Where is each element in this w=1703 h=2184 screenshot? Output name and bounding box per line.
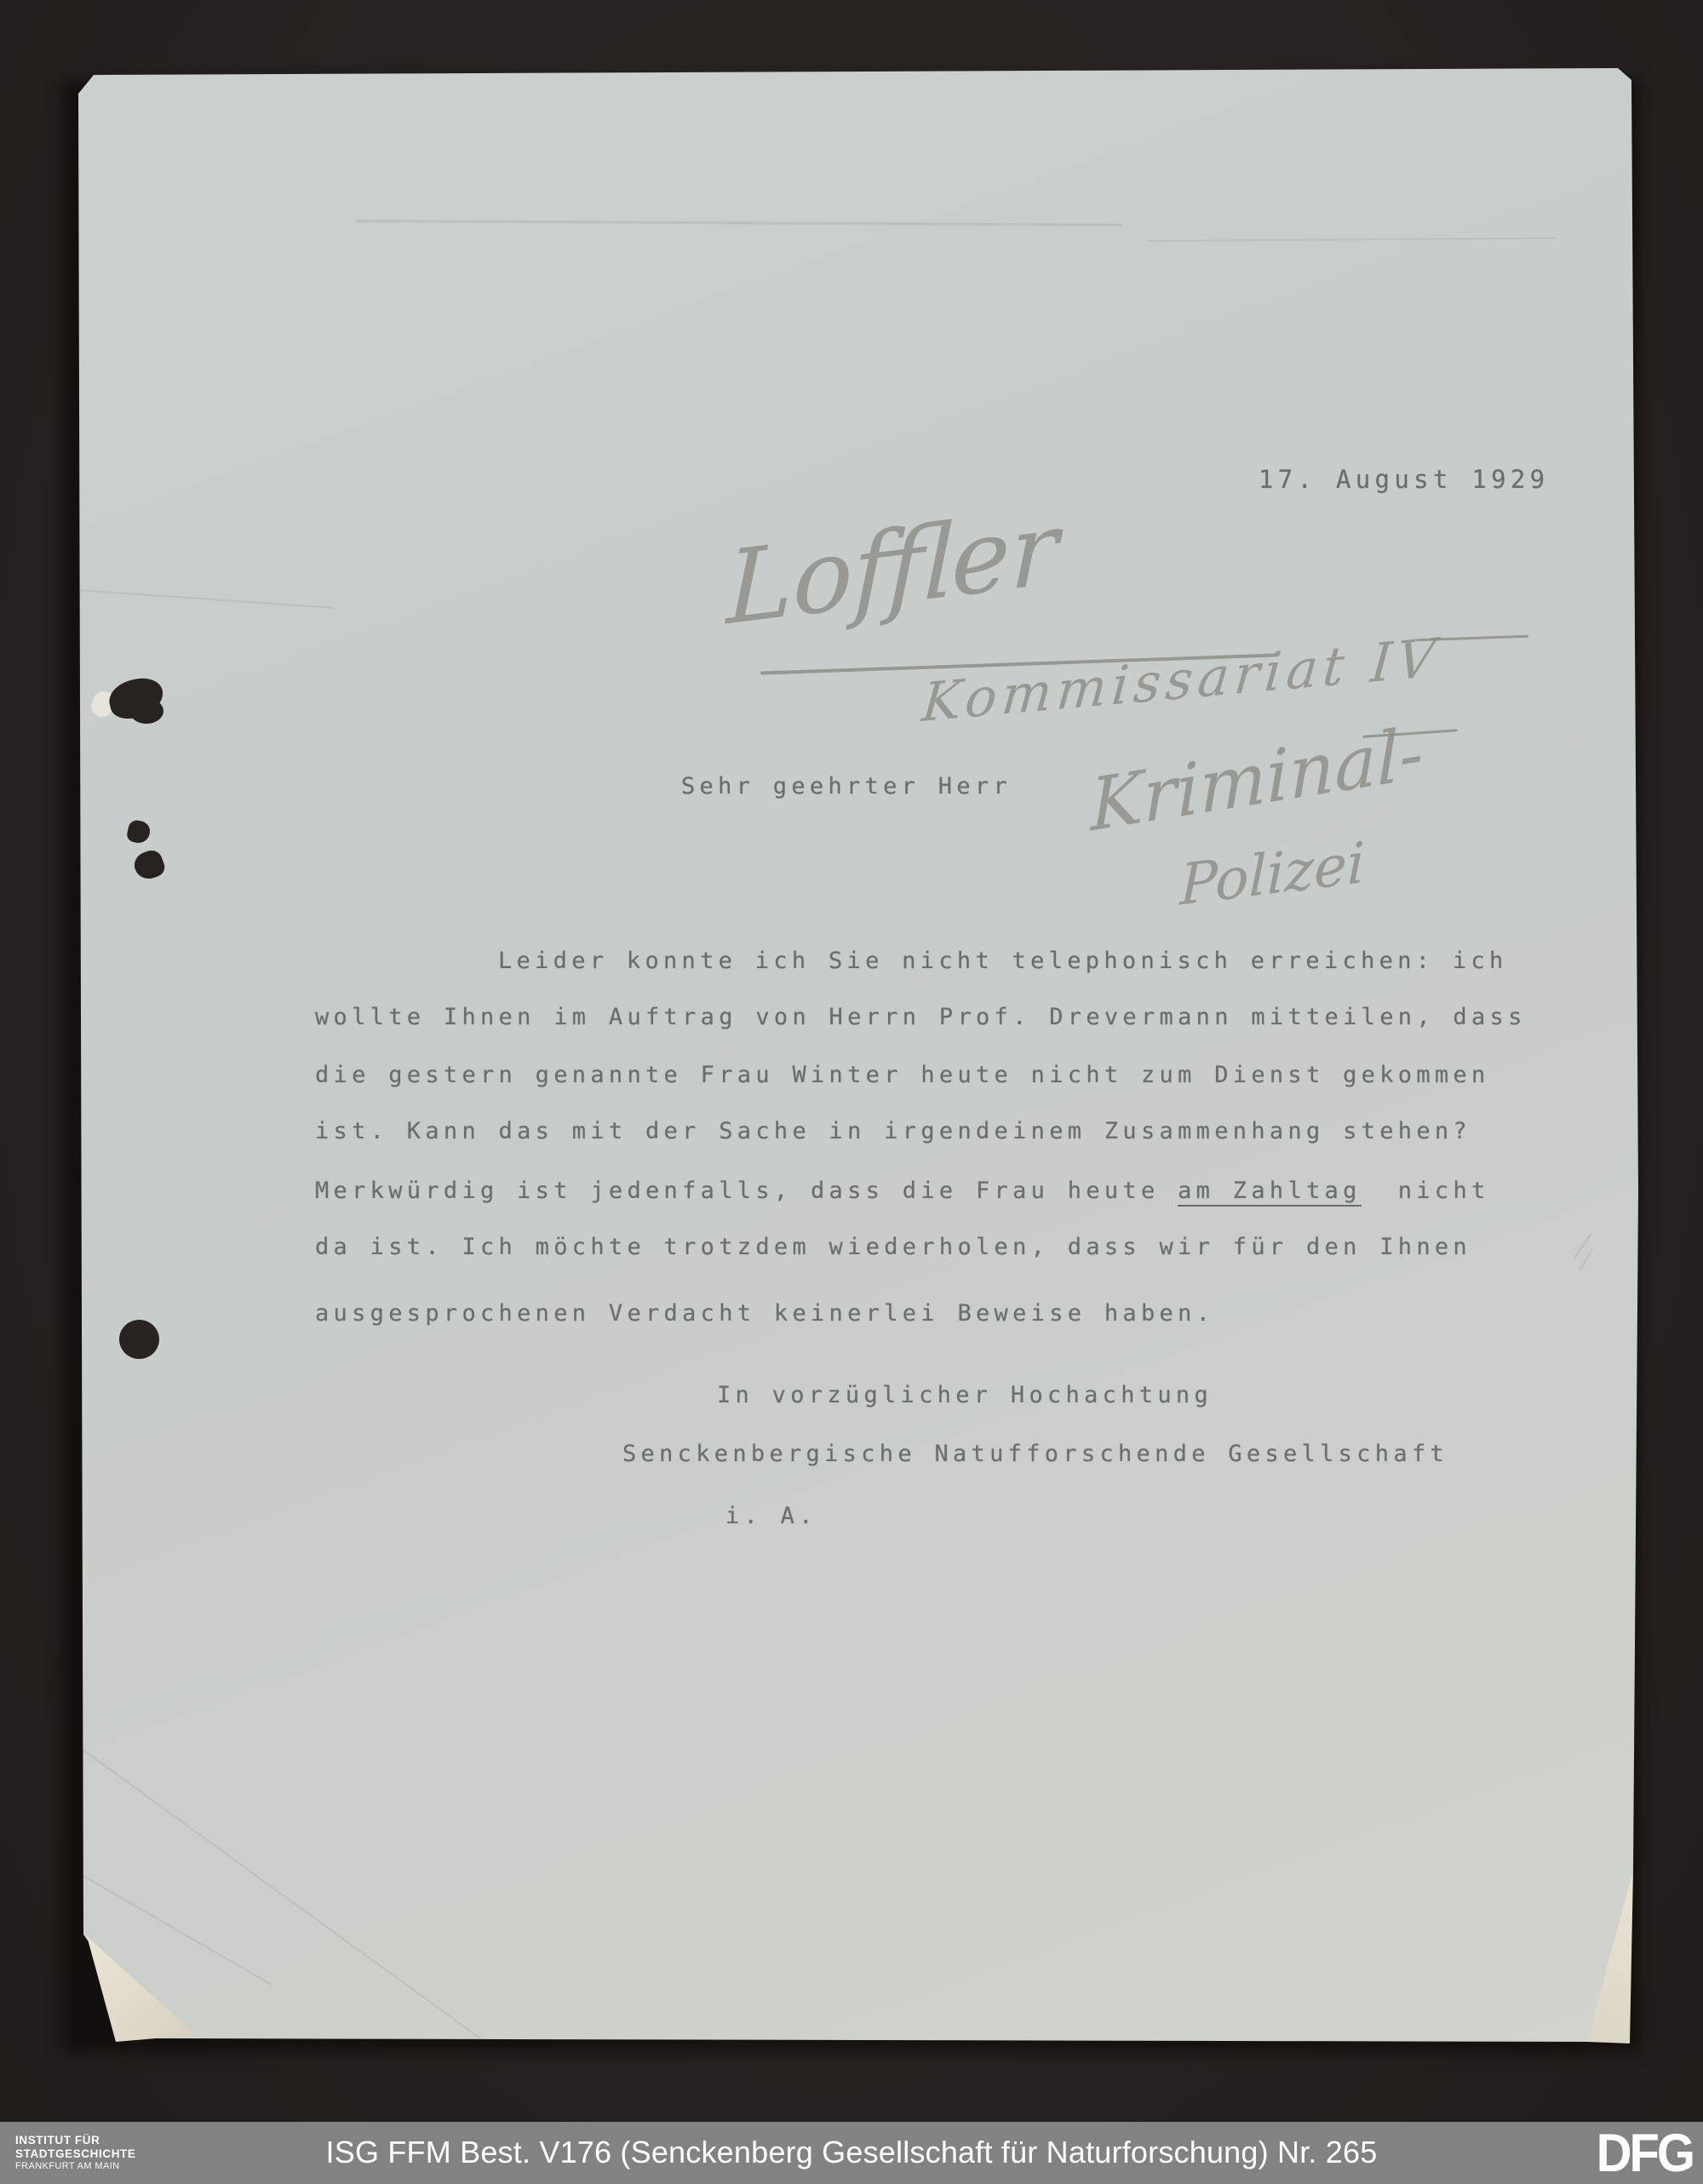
citation-text: ISG FFM Best. V176 (Senckenberg Gesellsc… [0, 2135, 1703, 2170]
closing-line-1: In vorzüglicher Hochachtung [717, 1382, 1213, 1408]
punch-hole-lower [119, 1320, 159, 1359]
body-line-2: wollte Ihnen im Auftrag von Herrn Prof. … [315, 1004, 1527, 1030]
body-line-5-pre: Merkwürdig ist jedenfalls, dass die Frau… [315, 1178, 1178, 1204]
archival-scan-viewer: 17. August 1929 Loffler Kommissariat IV … [0, 0, 1703, 2184]
body-line-4: ist. Kann das mit der Sache in irgendein… [315, 1118, 1471, 1144]
salutation: Sehr geehrter Herr [681, 773, 1012, 800]
body-line-6: da ist. Ich möchte trotzdem wiederholen,… [315, 1234, 1471, 1260]
paper-streak [1148, 238, 1557, 242]
date-line: 17. August 1929 [1259, 465, 1549, 494]
paper-crease [78, 589, 333, 609]
body-line-3: die gestern genannte Frau Winter heute n… [315, 1062, 1490, 1088]
body-line-5-post: nicht [1362, 1178, 1490, 1204]
punch-hole-upper-part [129, 698, 163, 724]
archive-footer: INSTITUT FÜR STADTGESCHICHTE FRANKFURT A… [0, 2122, 1703, 2184]
body-line-7: ausgesprochenen Verdacht keinerlei Bewei… [315, 1300, 1214, 1327]
dfg-logo: DFG [1597, 2122, 1693, 2183]
body-line-5: Merkwürdig ist jedenfalls, dass die Frau… [315, 1178, 1490, 1204]
closing-line-2: Senckenbergische Natufforschende Gesells… [622, 1441, 1448, 1467]
body-line-1: Leider konnte ich Sie nicht telephonisch… [498, 948, 1508, 974]
zahltag-underlined: am Zahltag [1178, 1178, 1362, 1207]
paper-streak [356, 220, 1122, 226]
letter-page [75, 68, 1640, 2045]
closing-line-3: i. A. [725, 1503, 817, 1529]
